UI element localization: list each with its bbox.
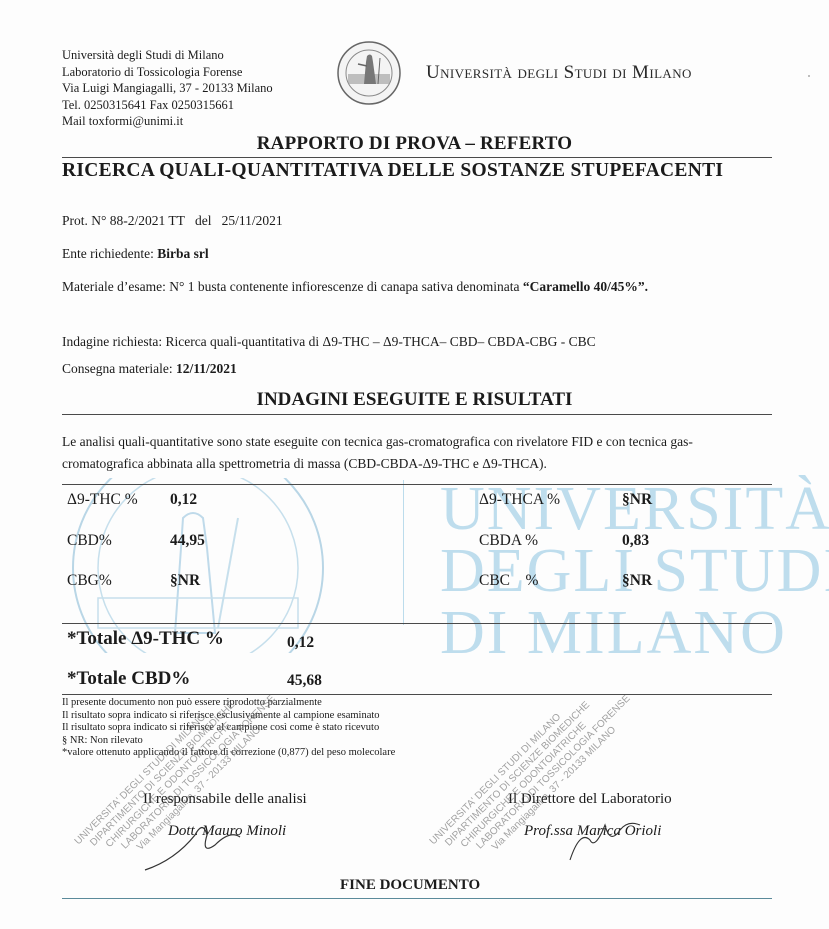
report-subtitle: RICERCA QUALI-QUANTITATIVA DELLE SOSTANZ… — [62, 160, 723, 182]
university-seal-icon — [336, 40, 402, 106]
requester-line: Ente richiedente: Birba srl — [62, 246, 209, 262]
result-value-cbda: 0,83 — [622, 532, 649, 550]
method-description: Le analisi quali-quantitative sono state… — [62, 431, 772, 475]
result-label-cbc: CBC % — [479, 572, 538, 590]
protocol-del: del — [195, 213, 212, 228]
watermark-line: DI MILANO — [440, 602, 829, 664]
watermark-line-divider — [403, 480, 404, 625]
delivery-value: 12/11/2021 — [176, 361, 237, 376]
report-title: RAPPORTO DI PROVA – REFERTO — [0, 133, 829, 155]
total-thc-value: 0,12 — [287, 634, 314, 652]
protocol-line: Prot. N° 88-2/2021 TT del 25/11/2021 — [62, 213, 283, 229]
protocol-number: Prot. N° 88-2/2021 TT — [62, 213, 185, 228]
footer-rule — [62, 898, 772, 899]
investigation-line: Indagine richiesta: Ricerca quali-quanti… — [62, 334, 596, 350]
result-label-cbg: CBG% — [67, 572, 112, 590]
end-of-document: FINE DOCUMENTO — [340, 877, 480, 894]
delivery-label: Consegna materiale: — [62, 361, 173, 376]
result-value-cbg: §NR — [170, 572, 200, 590]
material-line: Materiale d’esame: N° 1 busta contenente… — [62, 279, 648, 295]
protocol-date: 25/11/2021 — [222, 213, 283, 228]
requester-label: Ente richiedente: — [62, 246, 154, 261]
result-label-cbd: CBD% — [67, 532, 112, 550]
results-section-title: INDAGINI ESEGUITE E RISULTATI — [0, 389, 829, 411]
totals-bottom-rule — [62, 694, 772, 695]
result-label-thc: Δ9-THC % — [67, 491, 138, 509]
result-value-thca: §NR — [622, 491, 652, 509]
lab-address-block: Università degli Studi di Milano Laborat… — [62, 47, 273, 130]
delivery-line: Consegna materiale: 12/11/2021 — [62, 361, 237, 377]
result-label-cbda: CBDA % — [479, 532, 538, 550]
result-value-thc: 0,12 — [170, 491, 197, 509]
address-line: Università degli Studi di Milano — [62, 47, 273, 64]
result-label-thca: Δ9-THCA % — [479, 491, 560, 509]
results-bottom-rule — [62, 623, 772, 624]
result-value-cbd: 44,95 — [170, 532, 205, 550]
address-line: Mail toxformi@unimi.it — [62, 113, 273, 130]
material-value: “Caramello 40/45%”. — [523, 279, 648, 294]
stamp-line: CHIRURGICHE E ODONTOIATRICHE — [459, 720, 589, 850]
address-line: Laboratorio di Tossicologia Forense — [62, 64, 273, 81]
divider — [62, 414, 772, 415]
result-value-cbc: §NR — [622, 572, 652, 590]
total-cbd-value: 45,68 — [287, 672, 322, 690]
address-line: Tel. 0250315641 Fax 0250315661 — [62, 97, 273, 114]
total-cbd-label: *Totale CBD% — [67, 668, 190, 690]
material-label: Materiale d’esame: N° 1 busta contenente… — [62, 279, 519, 294]
divider — [62, 157, 772, 158]
watermark-line: UNIVERSITÀ — [440, 478, 829, 540]
address-line: Via Luigi Mangiagalli, 37 - 20133 Milano — [62, 80, 273, 97]
results-top-rule — [62, 484, 772, 485]
scan-speck — [808, 75, 810, 77]
requester-value: Birba srl — [157, 246, 208, 261]
university-name: Università degli Studi di Milano — [426, 62, 692, 84]
total-thc-label: *Totale Δ9-THC % — [67, 628, 224, 650]
